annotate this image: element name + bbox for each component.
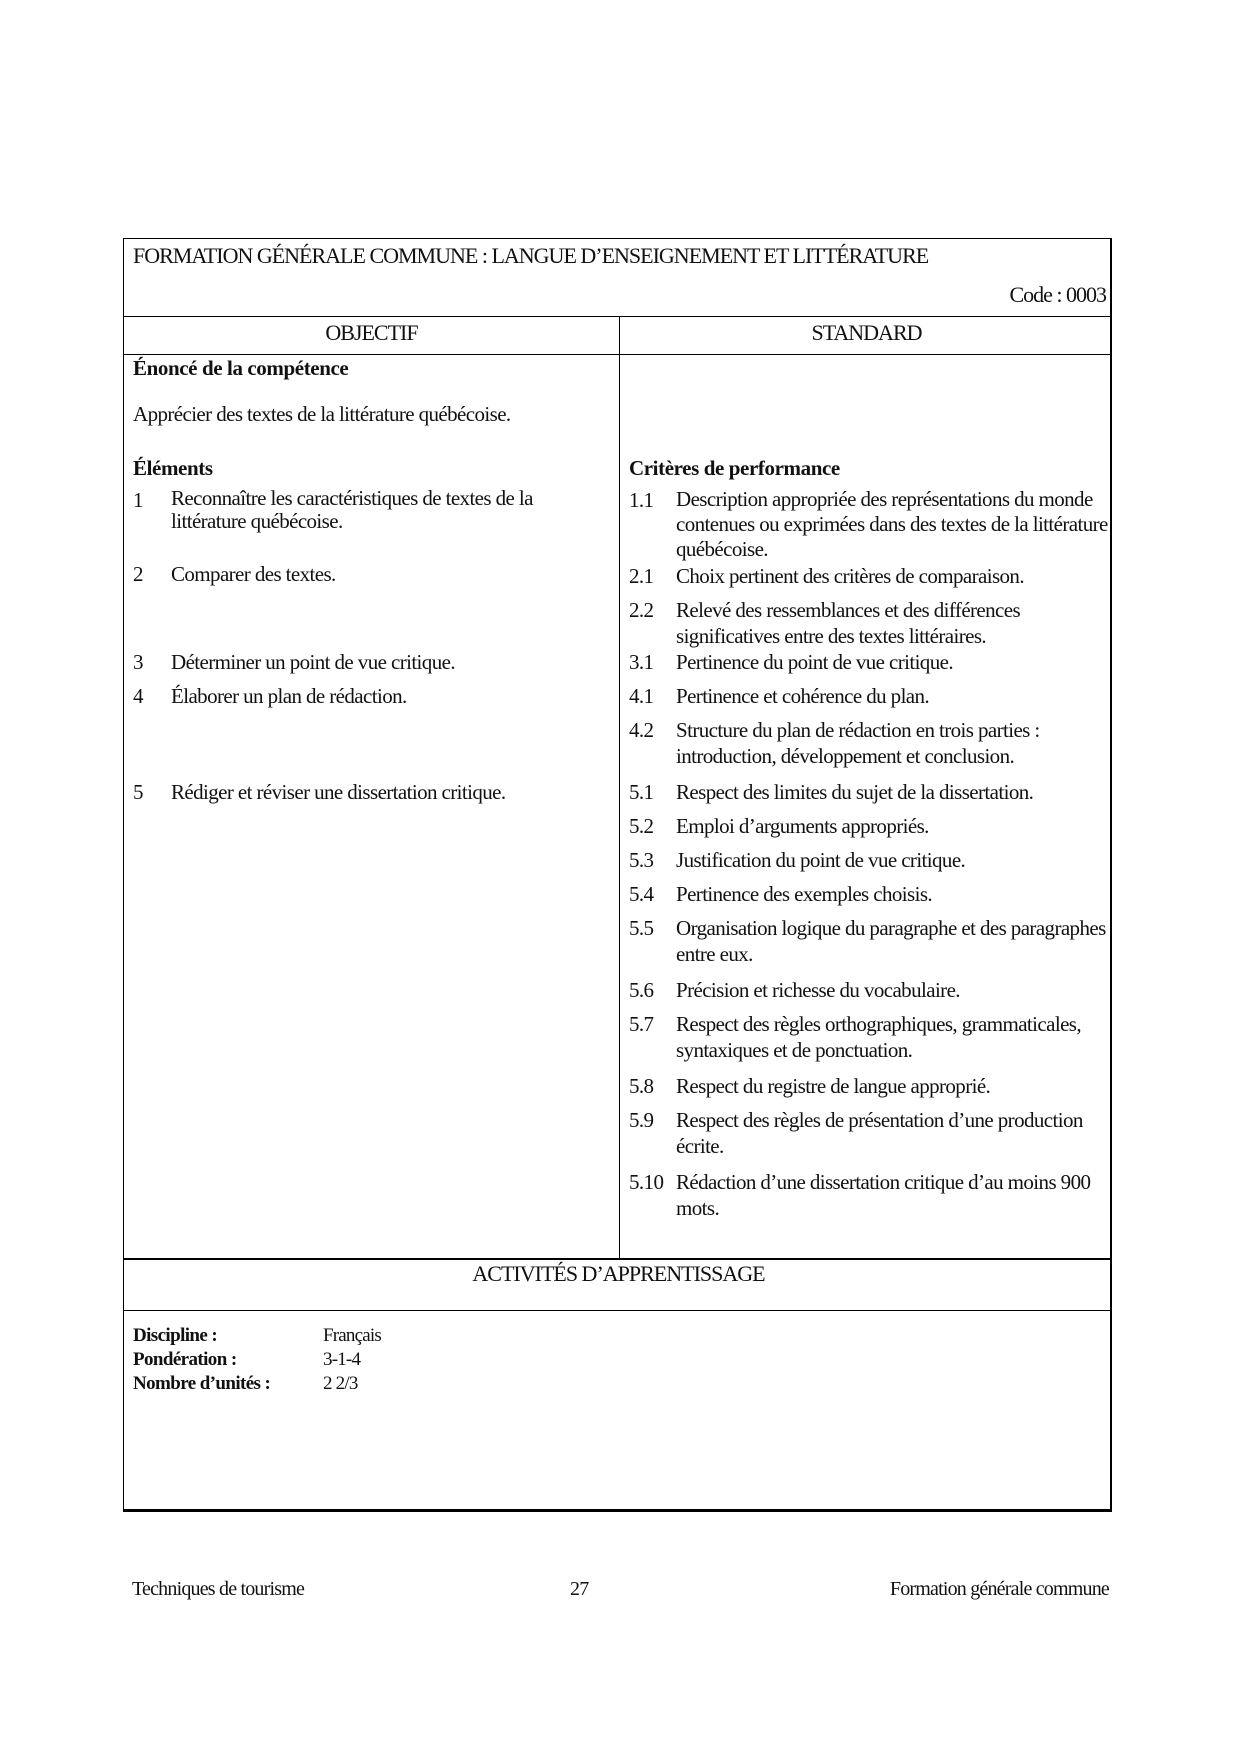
critere-text: Organisation logique du paragraphe et de… (676, 915, 1111, 967)
column-header-objectif: OBJECTIF (124, 320, 619, 346)
critere-number: 5.5 (629, 915, 653, 941)
critere-number: 2.1 (629, 563, 653, 589)
critere-text: Relevé des ressemblances et des différen… (676, 597, 1111, 649)
element-number: 4 (133, 683, 143, 709)
competence-heading: Énoncé de la compétence (133, 356, 348, 381)
element-text: Élaborer un plan de rédaction. (171, 683, 611, 709)
critere-text: Choix pertinent des critères de comparai… (676, 563, 1111, 589)
critere-text: Emploi d’arguments appropriés. (676, 813, 1111, 839)
critere-number: 5.6 (629, 977, 653, 1003)
divider (124, 1310, 1110, 1311)
critere-number: 5.2 (629, 813, 653, 839)
critere-text: Respect du registre de langue approprié. (676, 1073, 1111, 1099)
critere-number: 2.2 (629, 597, 653, 623)
info-value: 3-1-4 (323, 1348, 360, 1372)
critere-number: 3.1 (629, 649, 653, 675)
critere-text: Pertinence et cohérence du plan. (676, 683, 1111, 709)
critere-text: Respect des règles orthographiques, gram… (676, 1011, 1111, 1063)
competency-table: FORMATION GÉNÉRALE COMMUNE : LANGUE D’EN… (123, 238, 1112, 1512)
element-text: Rédiger et réviser une dissertation crit… (171, 779, 611, 805)
critere-text: Pertinence du point de vue critique. (676, 649, 1111, 675)
footer-section: Formation générale commune (890, 1578, 1109, 1601)
info-value: Français (323, 1324, 381, 1348)
column-divider (619, 316, 620, 1258)
critere-number: 5.4 (629, 881, 653, 907)
critere-text: Rédaction d’une dissertation critique d’… (676, 1169, 1111, 1221)
table-title: FORMATION GÉNÉRALE COMMUNE : LANGUE D’EN… (133, 243, 928, 269)
critere-number: 5.1 (629, 779, 653, 805)
critere-number: 4.1 (629, 683, 653, 709)
footer-page-number: 27 (570, 1578, 588, 1601)
critere-number: 5.9 (629, 1107, 653, 1133)
elements-heading: Éléments (133, 456, 213, 481)
critere-text: Pertinence des exemples choisis. (676, 881, 1111, 907)
element-text: Déterminer un point de vue critique. (171, 649, 611, 675)
critere-text: Précision et richesse du vocabulaire. (676, 977, 1111, 1003)
info-value: 2 2/3 (323, 1372, 358, 1396)
element-text: Comparer des textes. (171, 561, 611, 587)
critere-text: Respect des limites du sujet de la disse… (676, 779, 1111, 805)
critere-text: Description appropriée des représentatio… (676, 487, 1111, 562)
info-label: Pondération : (133, 1348, 237, 1372)
criteres-heading: Critères de performance (629, 456, 840, 481)
divider (124, 354, 1110, 355)
footer-program: Techniques de tourisme (132, 1578, 304, 1601)
info-label: Discipline : (133, 1324, 217, 1348)
critere-number: 1.1 (629, 487, 653, 513)
element-number: 1 (133, 487, 143, 513)
critere-text: Structure du plan de rédaction en trois … (676, 717, 1111, 769)
critere-text: Respect des règles de présentation d’une… (676, 1107, 1111, 1159)
critere-number: 4.2 (629, 717, 653, 743)
element-number: 3 (133, 649, 143, 675)
column-header-standard: STANDARD (620, 320, 1113, 346)
element-number: 2 (133, 561, 143, 587)
element-text: Reconnaître les caractéristiques de text… (171, 487, 611, 533)
activities-heading: ACTIVITÉS D’APPRENTISSAGE (124, 1261, 1113, 1287)
element-number: 5 (133, 779, 143, 805)
critere-number: 5.3 (629, 847, 653, 873)
divider (124, 1258, 1110, 1260)
critere-number: 5.7 (629, 1011, 653, 1037)
course-code: Code : 0003 (1009, 282, 1106, 308)
divider (124, 316, 1110, 317)
critere-text: Justification du point de vue critique. (676, 847, 1111, 873)
critere-number: 5.10 (629, 1169, 663, 1195)
competence-text: Apprécier des textes de la littérature q… (133, 402, 511, 427)
critere-number: 5.8 (629, 1073, 653, 1099)
info-label: Nombre d’unités : (133, 1372, 270, 1396)
